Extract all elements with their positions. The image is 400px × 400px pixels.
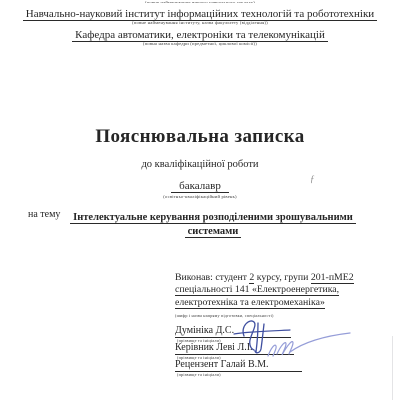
- degree-value: бакалавр: [0, 180, 400, 193]
- subtitle: до кваліфікаційної роботи: [0, 159, 400, 170]
- scan-edge-line: [392, 336, 393, 400]
- stray-pen-mark: ƒ: [310, 174, 315, 184]
- executor-line1: Виконав: студент 2 курсу, групи 201-пМЕ2: [175, 272, 393, 284]
- institute-caption: (повне найменування інституту, назва фак…: [0, 20, 400, 25]
- department-caption: (повна назва кафедри (предметної, циклов…: [0, 41, 400, 46]
- scanned-title-page: { "doc": { "top_caption_clipped": "(повн…: [0, 0, 400, 400]
- topic-label: на тему: [28, 209, 60, 220]
- top-clipped-caption: (повне найменування вищого навчального з…: [0, 0, 400, 3]
- executor-line2: спеціальності 141 «Електроенергетика,: [175, 284, 393, 296]
- degree-caption: (освітньо-кваліфікаційний рівень): [0, 194, 400, 199]
- signature-light-ink: [262, 330, 354, 360]
- reviewer-name-caption: (прізвище та ініціали): [177, 372, 221, 377]
- topic-line2: системами: [68, 221, 358, 239]
- page-title: Пояснювальна записка: [0, 126, 400, 148]
- reviewer-name: Рецензент Галай В.М.: [175, 359, 302, 372]
- group-code: 201-пМЕ2: [311, 272, 354, 284]
- executor-line3: електротехніка та електромеханіка»: [175, 297, 393, 309]
